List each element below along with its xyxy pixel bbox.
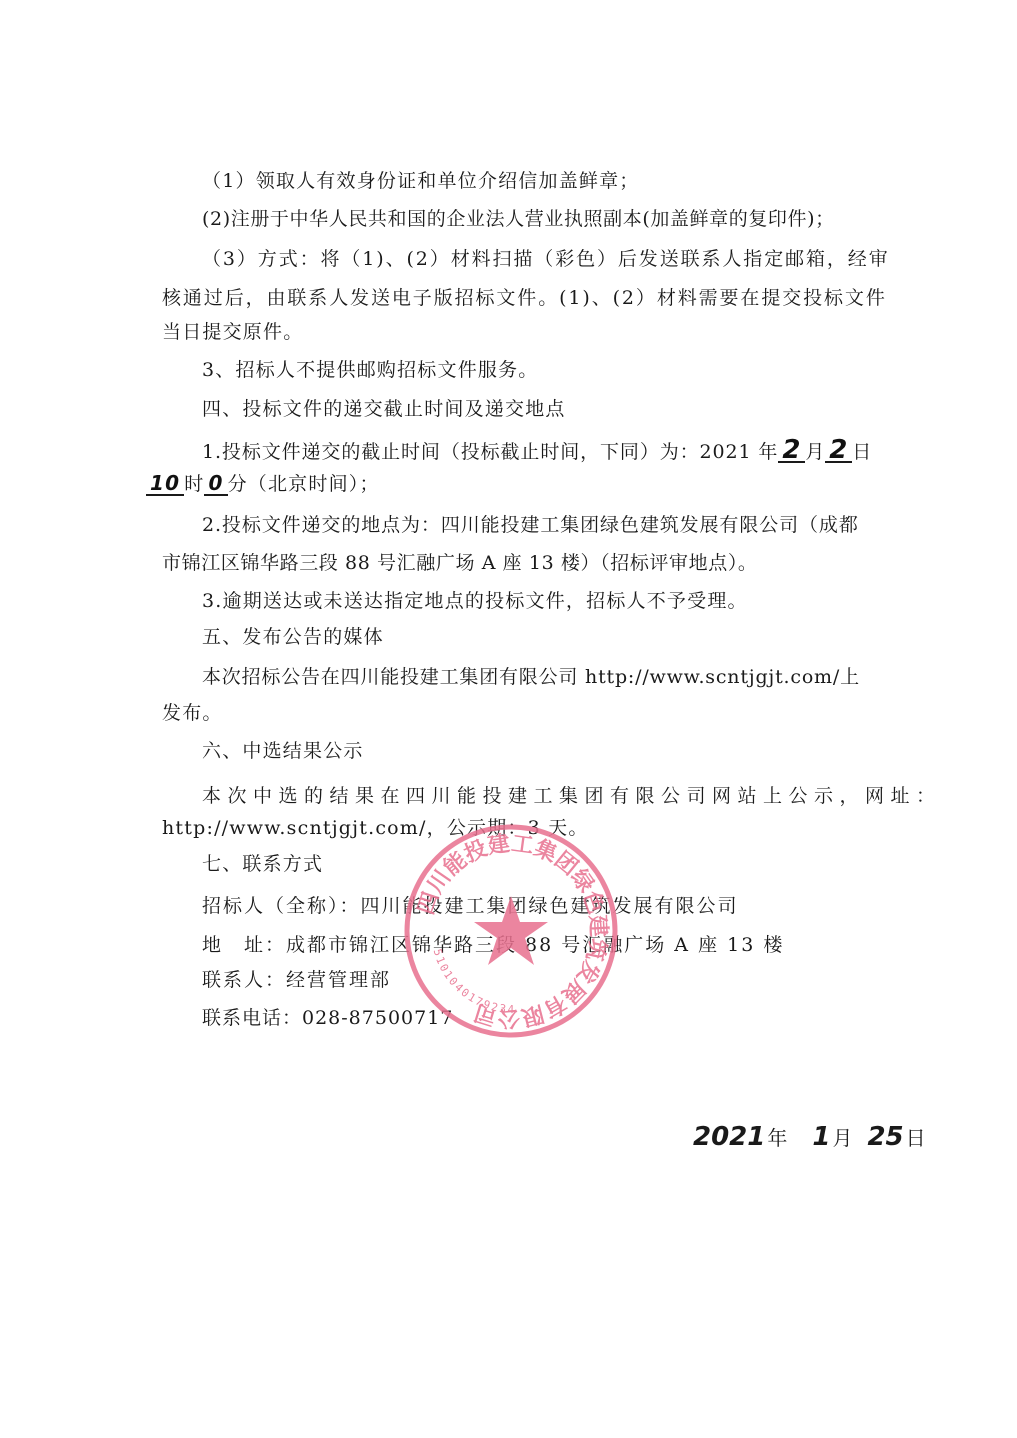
handwritten-hour: 10 bbox=[146, 472, 184, 496]
date-month-label: 月 bbox=[832, 1126, 852, 1150]
late-submission-note: 3.逾期送达或未送达指定地点的投标文件，招标人不予受理。 bbox=[202, 589, 748, 613]
deadline-time: 10时0分（北京时间）； bbox=[146, 472, 380, 496]
section-7-heading: 七、联系方式 bbox=[202, 852, 323, 876]
address-value: 成都市锦江区锦华路三段 88 号汇融广场 A 座 13 楼 bbox=[286, 934, 784, 956]
publish-media-line2: 发布。 bbox=[162, 701, 223, 725]
date-year: 2021 bbox=[693, 1122, 765, 1152]
date-year-label: 年 bbox=[767, 1126, 787, 1150]
date-day: 25 bbox=[867, 1122, 903, 1152]
minute-suffix: 分（北京时间）； bbox=[228, 473, 380, 495]
section-4-heading: 四、投标文件的递交截止时间及递交地点 bbox=[202, 397, 566, 421]
item-3-line2: 核通过后，由联系人发送电子版招标文件。(1)、(2）材料需要在提交投标文件 bbox=[162, 286, 887, 310]
publish-media-line1: 本次招标公告在四川能投建工集团有限公司 http://www.scntjgjt.… bbox=[202, 665, 860, 689]
item-2: (2)注册于中华人民共和国的企业法人营业执照副本(加盖鲜章的复印件)； bbox=[202, 207, 835, 231]
location-line1: 2.投标文件递交的地点为：四川能投建工集团绿色建筑发展有限公司（成都 bbox=[202, 513, 859, 537]
item-3-line3: 当日提交原件。 bbox=[162, 320, 303, 344]
item-1: （1）领取人有效身份证和单位介绍信加盖鲜章； bbox=[202, 169, 640, 193]
section-5-heading: 五、发布公告的媒体 bbox=[202, 625, 384, 649]
hour-label: 时 bbox=[184, 473, 204, 495]
address-label: 地 址： bbox=[202, 934, 286, 956]
day-label: 日 bbox=[852, 441, 872, 463]
document-page: （1）领取人有效身份证和单位介绍信加盖鲜章； (2)注册于中华人民共和国的企业法… bbox=[0, 0, 1017, 1438]
handwritten-minute: 0 bbox=[204, 472, 227, 496]
no-mail-purchase-note: 3、招标人不提供邮购招标文件服务。 bbox=[202, 358, 539, 382]
signature-date: 2021年 1月 25日 bbox=[693, 1122, 934, 1154]
section-6-heading: 六、中选结果公示 bbox=[202, 739, 364, 763]
tenderer-name: 招标人（全称）：四川能投建工集团绿色建筑发展有限公司 bbox=[202, 894, 739, 918]
item-3-line1: （3）方式：将（1)、(2）材料扫描（彩色）后发送联系人指定邮箱，经审 bbox=[202, 247, 890, 271]
result-publicity-line2: http://www.scntjgjt.com/，公示期：3 天。 bbox=[162, 816, 589, 840]
handwritten-month: 2 bbox=[778, 439, 805, 463]
deadline-prefix: 1.投标文件递交的截止时间（投标截止时间，下同）为：2021 年 bbox=[202, 441, 778, 463]
date-day-label: 日 bbox=[906, 1126, 926, 1150]
result-publicity-line1: 本次中选的结果在四川能投建工集团有限公司网站上公示，网址： bbox=[202, 784, 942, 808]
handwritten-day: 2 bbox=[825, 439, 852, 463]
seal-ring-text: 四川能投建工集团绿色建筑发展有限公司 bbox=[414, 830, 612, 1030]
contact-phone: 联系电话：028-87500717 bbox=[202, 1006, 453, 1030]
svg-text:四川能投建工集团绿色建筑发展有限公司: 四川能投建工集团绿色建筑发展有限公司 bbox=[414, 830, 612, 1030]
contact-person: 联系人：经营管理部 bbox=[202, 968, 391, 992]
month-label: 月 bbox=[805, 441, 825, 463]
address-line: 地 址：成都市锦江区锦华路三段 88 号汇融广场 A 座 13 楼 bbox=[202, 933, 784, 957]
date-month: 1 bbox=[812, 1122, 830, 1152]
location-line2: 市锦江区锦华路三段 88 号汇融广场 A 座 13 楼）（招标评审地点）。 bbox=[162, 551, 758, 575]
deadline-paragraph: 1.投标文件递交的截止时间（投标截止时间，下同）为：2021 年2月2日 bbox=[202, 439, 872, 464]
